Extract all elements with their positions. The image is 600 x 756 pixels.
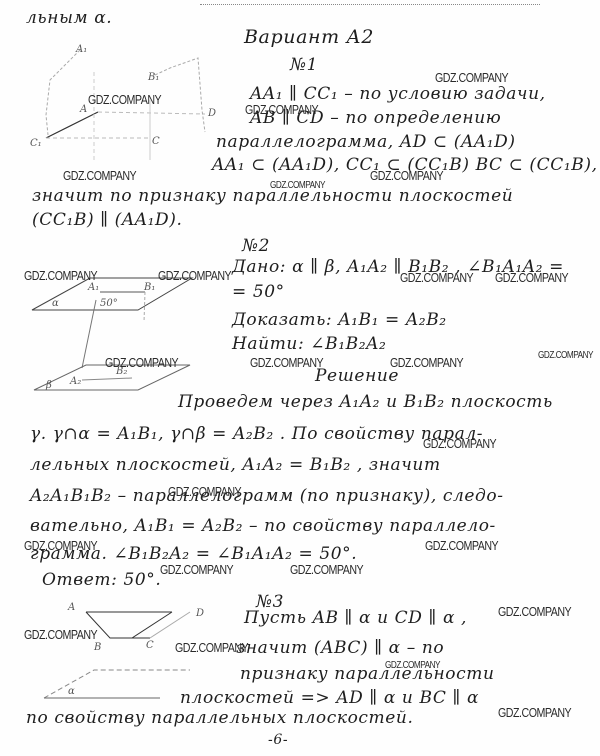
svg-text:α: α — [52, 298, 59, 309]
svg-text:D: D — [195, 608, 204, 619]
problem2-prove: Доказать: A₁B₁ = A₂B₂ — [232, 310, 447, 330]
svg-text:D: D — [207, 108, 216, 119]
svg-text:B₁: B₁ — [147, 72, 159, 83]
watermark: GDZ.COMPANY — [425, 538, 498, 553]
problem1-line: AA₁ ∥ CC₁ – по условию задачи, — [250, 84, 546, 104]
watermark: GDZ.COMPANY — [385, 660, 440, 671]
watermark: GDZ.COMPANY — [370, 168, 443, 183]
watermark: GDZ.COMPANY — [88, 92, 161, 107]
svg-text:B: B — [93, 642, 101, 653]
problem2-solution-line: вательно, A₁B₁ = A₂B₂ – по свойству пара… — [30, 516, 496, 536]
homework-page: льным α. Вариант А2 №1 AA₁ ∥ CC₁ – по ус… — [0, 0, 600, 756]
watermark: GDZ.COMPANY — [158, 268, 231, 283]
watermark: GDZ.COMPANY — [250, 355, 323, 370]
cropped-line-top — [200, 0, 540, 5]
watermark: GDZ.COMPANY — [435, 70, 508, 85]
problem2-solution-line: A₂A₁B₁B₂ – параллелограмм (по признаку),… — [30, 486, 504, 506]
watermark: GDZ.COMPANY — [495, 270, 568, 285]
svg-text:α: α — [68, 686, 75, 697]
svg-text:A: A — [79, 104, 87, 115]
svg-text:C₁: C₁ — [30, 138, 42, 149]
previous-section-tail: льным α. — [26, 8, 112, 28]
problem2-number: №2 — [242, 236, 270, 256]
watermark: GDZ.COMPANY — [24, 268, 97, 283]
watermark: GDZ.COMPANY — [423, 436, 496, 451]
watermark: GDZ.COMPANY — [390, 355, 463, 370]
watermark: GDZ.COMPANY — [400, 270, 473, 285]
watermark: GDZ.COMPANY — [24, 627, 97, 642]
watermark: GDZ.COMPANY — [175, 640, 248, 655]
variant-title: Вариант А2 — [244, 26, 374, 48]
watermark: GDZ.COMPANY — [63, 168, 136, 183]
watermark: GDZ.COMPANY — [498, 705, 571, 720]
problem2-solution-line: γ. γ∩α = A₁B₁, γ∩β = A₂B₂ . По свойству … — [30, 424, 483, 444]
problem2-solution-heading: Решение — [315, 366, 399, 386]
svg-text:C: C — [152, 136, 160, 147]
svg-text:50°: 50° — [100, 298, 118, 309]
watermark: GDZ.COMPANY — [290, 562, 363, 577]
svg-text:C: C — [146, 640, 154, 651]
svg-text:A₁: A₁ — [87, 282, 99, 293]
problem2-solution-line: лельных плоскостей, A₁A₂ = B₁B₂ , значит — [30, 455, 441, 475]
watermark: GDZ.COMPANY — [498, 604, 571, 619]
problem2-find: Найти: ∠B₁B₂A₂ — [232, 334, 386, 354]
watermark: GDZ.COMPANY — [105, 355, 178, 370]
problem2-answer: Ответ: 50°. — [42, 570, 161, 590]
problem3-line: плоскостей => AD ∥ α и BC ∥ α — [180, 688, 479, 708]
problem1-line: (CC₁B) ∥ (AA₁D). — [32, 210, 183, 230]
watermark: GDZ.COMPANY — [538, 350, 593, 361]
problem3-line: Пусть AB ∥ α и CD ∥ α , — [244, 608, 467, 628]
watermark: GDZ.COMPANY — [168, 484, 241, 499]
problem1-number: №1 — [290, 55, 318, 75]
watermark: GDZ.COMPANY — [270, 180, 325, 191]
problem3-line: признаку параллельности — [240, 664, 495, 684]
svg-text:A: A — [67, 602, 75, 613]
svg-text:B₁: B₁ — [143, 282, 155, 293]
problem3-line: значит (ABC) ∥ α – по — [236, 638, 444, 658]
svg-text:β: β — [45, 380, 52, 391]
page-number: -6- — [268, 732, 288, 748]
problem3-line: по свойству параллельных плоскостей. — [26, 708, 413, 728]
problem1-line: параллелограмма, AD ⊂ (AA₁D) — [216, 132, 516, 152]
watermark: GDZ.COMPANY — [245, 102, 318, 117]
watermark: GDZ.COMPANY — [160, 562, 233, 577]
svg-text:A₂: A₂ — [69, 376, 81, 387]
watermark: GDZ.COMPANY — [24, 538, 97, 553]
svg-text:A₁: A₁ — [75, 44, 87, 55]
